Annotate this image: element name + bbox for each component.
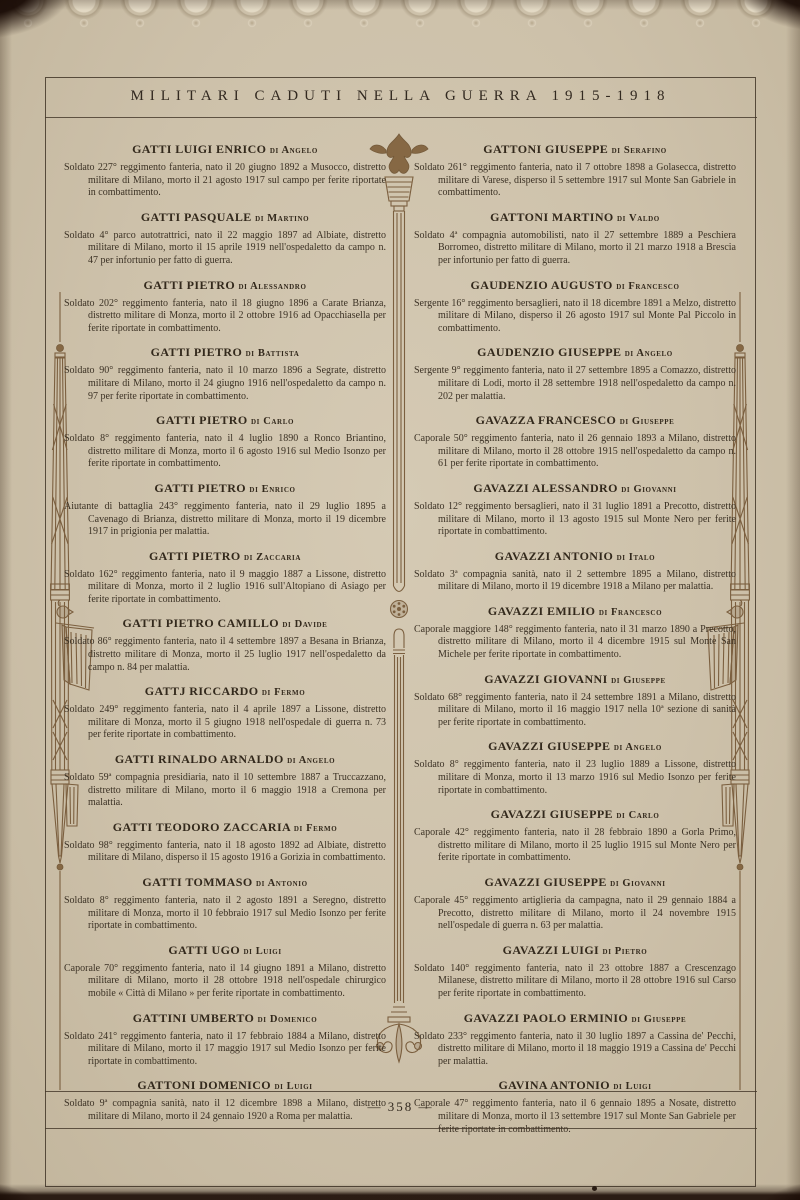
- casualty-name: GAUDENZIO AUGUSTO: [471, 278, 613, 292]
- casualty-name: GATTI PIETRO: [149, 549, 241, 563]
- father-name: di Giovanni: [610, 878, 665, 889]
- father-name: di Angelo: [287, 755, 335, 766]
- casualty-name: GAVAZZI PAOLO ERMINIO: [464, 1011, 628, 1025]
- casualty-name: GAUDENZIO GIUSEPPE: [477, 345, 621, 359]
- father-name: di Carlo: [251, 416, 294, 427]
- entry-name-header: GATTI TEODORO ZACCARIA di Fermo: [64, 821, 386, 835]
- entry-name-header: GATTI LUIGI ENRICO di Angelo: [64, 143, 386, 157]
- casualty-name: GATTINI UMBERTO: [133, 1011, 255, 1025]
- entry-name-header: GAUDENZIO AUGUSTO di Francesco: [414, 279, 736, 293]
- casualty-name: GATTONI GIUSEPPE: [483, 142, 608, 156]
- casualty-entry: GAVAZZI GIUSEPPE di Angelo Soldato 8° re…: [414, 740, 736, 797]
- entry-description: Soldato 249° reggimento fanteria, nato i…: [64, 704, 386, 742]
- casualty-name: GAVAZZI ANTONIO: [495, 549, 613, 563]
- entry-description: Soldato 86° reggimento fanteria, nato il…: [64, 636, 386, 674]
- footer-rule-bottom: [45, 1128, 757, 1129]
- casualty-entry: GAUDENZIO GIUSEPPE di Angelo Sergente 9°…: [414, 346, 736, 403]
- entry-name-header: GATTI PIETRO di Carlo: [64, 414, 386, 428]
- father-name: di Pietro: [603, 946, 648, 957]
- entry-description: Soldato 162° reggimento fanteria, nato i…: [64, 569, 386, 607]
- casualty-name: GAVAZZI GIUSEPPE: [491, 807, 613, 821]
- casualty-name: GATTI RINALDO ARNALDO: [115, 752, 284, 766]
- entry-description: Caporale 42° reggimento fanteria, nato i…: [414, 827, 736, 865]
- casualty-name: GATTI TEODORO ZACCARIA: [113, 820, 291, 834]
- father-name: di Valdo: [617, 213, 660, 224]
- entry-name-header: GATTI PIETRO CAMILLO di Davide: [64, 617, 386, 631]
- column-left: GATTI LUIGI ENRICO di Angelo Soldato 227…: [64, 143, 386, 1135]
- entry-description: Aiutante di battaglia 243° reggimento fa…: [64, 501, 386, 539]
- casualty-name: GAVAZZI EMILIO: [488, 604, 596, 618]
- entry-name-header: GATTI UGO di Luigi: [64, 944, 386, 958]
- entry-name-header: GATTI PIETRO di Zaccaria: [64, 550, 386, 564]
- casualty-entry: GATTI TOMMASO di Antonio Soldato 8° regg…: [64, 876, 386, 933]
- entry-description: Soldato 227° reggimento fanteria, nato i…: [64, 162, 386, 200]
- father-name: di Giuseppe: [632, 1014, 687, 1025]
- entry-name-header: GATTINI UMBERTO di Domenico: [64, 1012, 386, 1026]
- father-name: di Fermo: [294, 823, 337, 834]
- casualty-name: GATTI PIETRO CAMILLO: [123, 616, 279, 630]
- column-right: GATTONI GIUSEPPE di Serafino Soldato 261…: [414, 143, 736, 1147]
- embossed-paper-band: [0, 0, 800, 38]
- entry-name-header: GATTI PASQUALE di Martino: [64, 211, 386, 225]
- casualty-name: GATTI PIETRO: [143, 278, 235, 292]
- casualty-entry: GATTI PIETRO di Carlo Soldato 8° reggime…: [64, 414, 386, 471]
- entry-description: Soldato 202° reggimento fanteria, nato i…: [64, 298, 386, 336]
- entry-name-header: GATTI PIETRO di Battista: [64, 346, 386, 360]
- casualty-entry: GATTI PASQUALE di Martino Soldato 4° par…: [64, 211, 386, 268]
- casualty-entry: GATTINI UMBERTO di Domenico Soldato 241°…: [64, 1012, 386, 1069]
- father-name: di Martino: [255, 213, 309, 224]
- father-name: di Carlo: [616, 810, 659, 821]
- father-name: di Giuseppe: [620, 416, 675, 427]
- entry-name-header: GAVAZZI ANTONIO di Italo: [414, 550, 736, 564]
- casualty-entry: GATTI TEODORO ZACCARIA di Fermo Soldato …: [64, 821, 386, 865]
- casualty-name: GATTI PIETRO: [151, 345, 243, 359]
- entry-description: Soldato 3ª compagnia sanità, nato il 2 s…: [414, 569, 736, 594]
- father-name: di Angelo: [270, 145, 318, 156]
- casualty-name: GAVAZZI GIOVANNI: [484, 672, 607, 686]
- entry-name-header: GATTONI GIUSEPPE di Serafino: [414, 143, 736, 157]
- casualty-entry: GAVAZZI GIUSEPPE di Carlo Caporale 42° r…: [414, 808, 736, 865]
- entry-description: Caporale maggiore 148° reggimento fanter…: [414, 624, 736, 662]
- entry-name-header: GAVAZZI PAOLO ERMINIO di Giuseppe: [414, 1012, 736, 1026]
- title-rule: [45, 117, 757, 118]
- casualty-entry: GATTI PIETRO di Enrico Aiutante di batta…: [64, 482, 386, 539]
- entry-name-header: GATTI RINALDO ARNALDO di Angelo: [64, 753, 386, 767]
- casualty-name: GATTI PIETRO: [154, 481, 246, 495]
- entry-name-header: GAVAZZI GIUSEPPE di Giovanni: [414, 876, 736, 890]
- father-name: di Domenico: [258, 1014, 318, 1025]
- entry-name-header: GATTI PIETRO di Enrico: [64, 482, 386, 496]
- scanned-book-page: { "page": { "title": "MILITARI CADUTI NE…: [0, 0, 800, 1200]
- entry-description: Soldato 68° reggimento fanteria, nato il…: [414, 692, 736, 730]
- casualty-name: GATTI PASQUALE: [141, 210, 252, 224]
- entry-name-header: GAVAZZI GIUSEPPE di Angelo: [414, 740, 736, 754]
- father-name: di Antonio: [256, 878, 308, 889]
- casualty-name: GATTI PIETRO: [156, 413, 248, 427]
- casualty-entry: GATTI PIETRO di Battista Soldato 90° reg…: [64, 346, 386, 403]
- casualty-name: GATTI UGO: [168, 943, 240, 957]
- page-number: — 358 —: [45, 1099, 756, 1115]
- father-name: di Angelo: [625, 348, 673, 359]
- father-name: di Davide: [282, 619, 327, 630]
- entry-description: Soldato 8° reggimento fanteria, nato il …: [64, 433, 386, 471]
- father-name: di Angelo: [614, 742, 662, 753]
- entry-description: Caporale 70° reggimento fanteria, nato i…: [64, 963, 386, 1001]
- casualty-name: GAVAZZI GIUSEPPE: [484, 875, 606, 889]
- casualty-entry: GATTI PIETRO di Alessandro Soldato 202° …: [64, 279, 386, 336]
- casualty-name: GAVAZZI LUIGI: [503, 943, 599, 957]
- casualty-entry: GATTI LUIGI ENRICO di Angelo Soldato 227…: [64, 143, 386, 200]
- casualty-entry: GATTONI MARTINO di Valdo Soldato 4ª comp…: [414, 211, 736, 268]
- casualty-entry: GAVAZZA FRANCESCO di Giuseppe Caporale 5…: [414, 414, 736, 471]
- casualty-name: GATTONI MARTINO: [490, 210, 613, 224]
- entry-description: Soldato 4ª compagnia automobilisti, nato…: [414, 230, 736, 268]
- entry-name-header: GAVAZZI LUIGI di Pietro: [414, 944, 736, 958]
- entry-name-header: GAVAZZI GIUSEPPE di Carlo: [414, 808, 736, 822]
- casualty-entry: GAVAZZI ALESSANDRO di Giovanni Soldato 1…: [414, 482, 736, 539]
- father-name: di Francesco: [616, 281, 679, 292]
- entry-name-header: GATTI TOMMASO di Antonio: [64, 876, 386, 890]
- entry-description: Soldato 261° reggimento fanteria, nato i…: [414, 162, 736, 200]
- entry-name-header: GAVAZZI ALESSANDRO di Giovanni: [414, 482, 736, 496]
- casualty-entry: GATTI UGO di Luigi Caporale 70° reggimen…: [64, 944, 386, 1001]
- casualty-name: GAVAZZI GIUSEPPE: [488, 739, 610, 753]
- casualty-entry: GAUDENZIO AUGUSTO di Francesco Sergente …: [414, 279, 736, 336]
- entry-description: Sergente 16° reggimento bersaglieri, nat…: [414, 298, 736, 336]
- casualty-name: GAVAZZI ALESSANDRO: [473, 481, 617, 495]
- casualty-entry: GATTI PIETRO di Zaccaria Soldato 162° re…: [64, 550, 386, 607]
- entry-description: Soldato 12° reggimento bersaglieri, nato…: [414, 501, 736, 539]
- father-name: di Battista: [246, 348, 300, 359]
- casualty-name: GAVAZZA FRANCESCO: [476, 413, 617, 427]
- entry-name-header: GATTI PIETRO di Alessandro: [64, 279, 386, 293]
- entry-description: Sergente 9° reggimento fanteria, nato il…: [414, 365, 736, 403]
- entry-description: Soldato 8° reggimento fanteria, nato il …: [64, 895, 386, 933]
- casualty-entry: GAVAZZI GIUSEPPE di Giovanni Caporale 45…: [414, 876, 736, 933]
- father-name: di Giuseppe: [611, 675, 666, 686]
- entry-description: Soldato 233° reggimento fanteria, nato i…: [414, 1031, 736, 1069]
- father-name: di Alessandro: [239, 281, 307, 292]
- casualty-name: GATTJ RICCARDO: [145, 684, 259, 698]
- entry-name-header: GAUDENZIO GIUSEPPE di Angelo: [414, 346, 736, 360]
- father-name: di Giovanni: [621, 484, 676, 495]
- casualty-entry: GAVAZZI ANTONIO di Italo Soldato 3ª comp…: [414, 550, 736, 594]
- entry-description: Soldato 59ª compagnia presidiaria, nato …: [64, 772, 386, 810]
- entry-description: Soldato 98° reggimento fanteria, nato il…: [64, 840, 386, 865]
- casualty-entry: GAVAZZI EMILIO di Francesco Caporale mag…: [414, 605, 736, 662]
- entry-description: Caporale 45° reggimento artiglieria da c…: [414, 895, 736, 933]
- casualty-entry: GATTI RINALDO ARNALDO di Angelo Soldato …: [64, 753, 386, 810]
- casualty-entry: GAVAZZI PAOLO ERMINIO di Giuseppe Soldat…: [414, 1012, 736, 1069]
- father-name: di Luigi: [243, 946, 281, 957]
- father-name: di Italo: [617, 552, 656, 563]
- father-name: di Enrico: [249, 484, 295, 495]
- footer-rule-top: [45, 1091, 757, 1092]
- entry-description: Soldato 140° reggimento fanteria, nato i…: [414, 963, 736, 1001]
- casualty-entry: GAVAZZI GIOVANNI di Giuseppe Soldato 68°…: [414, 673, 736, 730]
- casualty-entry: GATTONI GIUSEPPE di Serafino Soldato 261…: [414, 143, 736, 200]
- casualty-entry: GATTJ RICCARDO di Fermo Soldato 249° reg…: [64, 685, 386, 742]
- father-name: di Francesco: [599, 607, 662, 618]
- father-name: di Serafino: [612, 145, 667, 156]
- casualty-entry: GAVAZZI LUIGI di Pietro Soldato 140° reg…: [414, 944, 736, 1001]
- casualty-entry: GATTI PIETRO CAMILLO di Davide Soldato 8…: [64, 617, 386, 674]
- entry-description: Soldato 4° parco autotrattrici, nato il …: [64, 230, 386, 268]
- father-name: di Fermo: [262, 687, 305, 698]
- entry-description: Soldato 90° reggimento fanteria, nato il…: [64, 365, 386, 403]
- entry-name-header: GAVAZZI GIOVANNI di Giuseppe: [414, 673, 736, 687]
- entry-name-header: GAVAZZI EMILIO di Francesco: [414, 605, 736, 619]
- page-title: MILITARI CADUTI NELLA GUERRA 1915-1918: [45, 88, 756, 105]
- entry-description: Caporale 50° reggimento fanteria, nato i…: [414, 433, 736, 471]
- casualty-name: GATTI TOMMASO: [142, 875, 252, 889]
- casualty-name: GATTI LUIGI ENRICO: [132, 142, 266, 156]
- entry-name-header: GAVAZZA FRANCESCO di Giuseppe: [414, 414, 736, 428]
- entry-description: Soldato 8° reggimento fanteria, nato il …: [414, 759, 736, 797]
- entry-name-header: GATTONI MARTINO di Valdo: [414, 211, 736, 225]
- entry-name-header: GATTJ RICCARDO di Fermo: [64, 685, 386, 699]
- entry-description: Soldato 241° reggimento fanteria, nato i…: [64, 1031, 386, 1069]
- father-name: di Zaccaria: [244, 552, 301, 563]
- ink-spot: [592, 1186, 597, 1191]
